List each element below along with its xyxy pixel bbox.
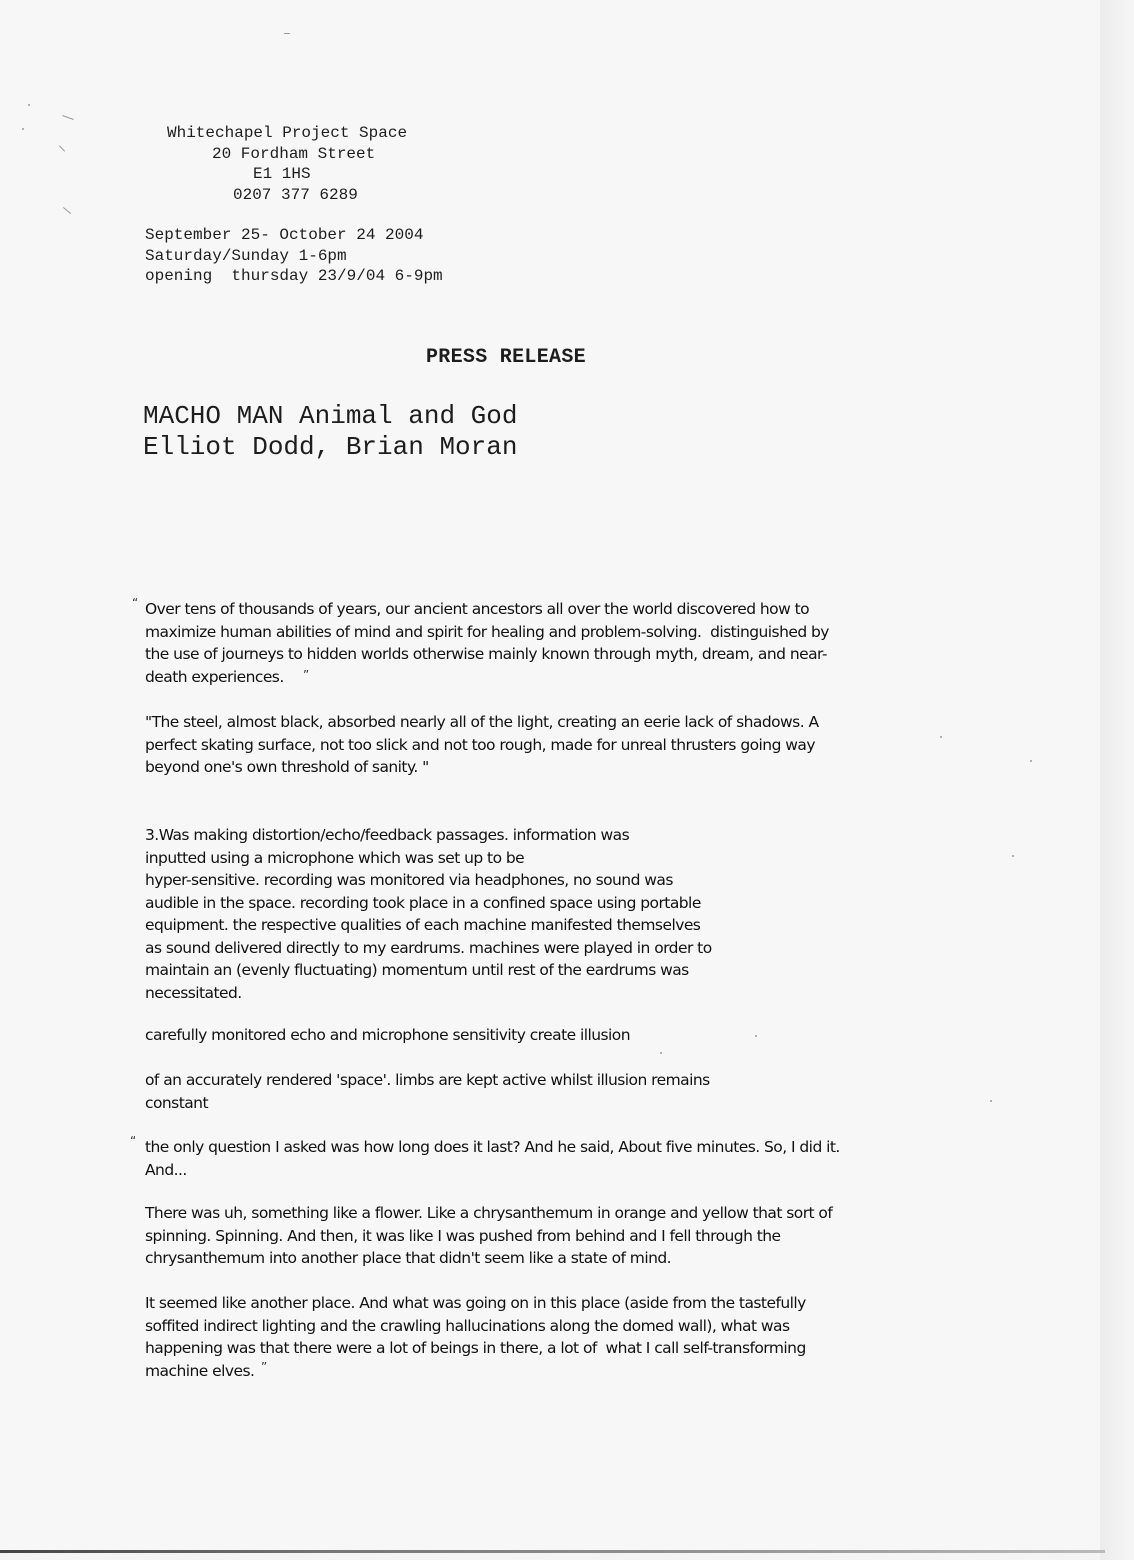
venue-name: Whitechapel Project Space	[145, 123, 407, 144]
text-line: 3.Was making distortion/echo/feedback pa…	[145, 824, 712, 847]
paragraph-question: the only question I asked was how long d…	[145, 1136, 840, 1181]
scan-speck	[59, 145, 65, 151]
scan-speck	[22, 128, 24, 130]
handwritten-close-quote-icon: ”	[261, 1360, 267, 1374]
text-line: audible in the space. recording took pla…	[145, 892, 712, 915]
exhibition-title-block: MACHO MAN Animal and God Elliot Dodd, Br…	[143, 401, 517, 463]
scan-speck	[62, 115, 74, 120]
scan-speck	[1030, 760, 1032, 762]
scan-speck	[28, 104, 30, 106]
paragraph-ancestors: Over tens of thousands of years, our anc…	[145, 598, 829, 688]
text-line: maximize human abilities of mind and spi…	[145, 621, 829, 644]
text-line: necessitated.	[145, 982, 712, 1005]
text-line: carefully monitored echo and microphone …	[145, 1024, 630, 1047]
date-range: September 25- October 24 2004	[145, 225, 443, 246]
venue-phone: 0207 377 6289	[145, 185, 407, 206]
scan-speck	[284, 33, 290, 34]
scan-speck	[660, 1052, 662, 1054]
paragraph-chrysanthemum: There was uh, something like a flower. L…	[145, 1202, 832, 1270]
paragraph-echo: carefully monitored echo and microphone …	[145, 1024, 630, 1047]
opening-night: opening thursday 23/9/04 6-9pm	[145, 266, 443, 287]
scan-speck	[990, 1100, 992, 1102]
venue-postcode: E1 1HS	[145, 164, 407, 185]
exhibition-title: MACHO MAN Animal and God	[143, 401, 517, 432]
paragraph-space-illusion: of an accurately rendered 'space'. limbs…	[145, 1069, 710, 1114]
scan-speck	[755, 1035, 757, 1037]
handwritten-open-quote-icon: “	[132, 596, 138, 610]
exhibition-dates: September 25- October 24 2004 Saturday/S…	[145, 225, 443, 287]
paragraph-steel-quote: "The steel, almost black, absorbed nearl…	[145, 711, 819, 779]
text-line: beyond one's own threshold of sanity. "	[145, 756, 819, 779]
handwritten-close-quote-icon: ”	[303, 668, 309, 682]
text-line: equipment. the respective qualities of e…	[145, 914, 712, 937]
text-line: hyper-sensitive. recording was monitored…	[145, 869, 712, 892]
opening-hours: Saturday/Sunday 1-6pm	[145, 246, 443, 267]
text-line: There was uh, something like a flower. L…	[145, 1202, 832, 1225]
text-line: soffited indirect lighting and the crawl…	[145, 1315, 806, 1338]
text-line: as sound delivered directly to my eardru…	[145, 937, 712, 960]
text-line: "The steel, almost black, absorbed nearl…	[145, 711, 819, 734]
scanned-page: Whitechapel Project Space 20 Fordham Str…	[0, 0, 1102, 1552]
text-line: maintain an (evenly fluctuating) momentu…	[145, 959, 712, 982]
scan-speck	[940, 736, 942, 738]
text-line: perfect skating surface, not too slick a…	[145, 734, 819, 757]
paragraph-distortion: 3.Was making distortion/echo/feedback pa…	[145, 824, 712, 1004]
artist-names: Elliot Dodd, Brian Moran	[143, 432, 517, 463]
text-line: the use of journeys to hidden worlds oth…	[145, 643, 829, 666]
text-line: Over tens of thousands of years, our anc…	[145, 598, 829, 621]
scan-speck	[1012, 855, 1014, 857]
text-line: And...	[145, 1159, 840, 1182]
press-release-heading: PRESS RELEASE	[426, 346, 586, 369]
text-line: happening was that there were a lot of b…	[145, 1337, 806, 1360]
venue-street: 20 Fordham Street	[145, 144, 407, 165]
venue-address: Whitechapel Project Space 20 Fordham Str…	[145, 123, 407, 205]
text-line: chrysanthemum into another place that di…	[145, 1247, 832, 1270]
handwritten-open-quote-icon: “	[130, 1134, 136, 1148]
text-line: the only question I asked was how long d…	[145, 1136, 840, 1159]
text-line: inputted using a microphone which was se…	[145, 847, 712, 870]
paragraph-machine-elves: It seemed like another place. And what w…	[145, 1292, 806, 1382]
scan-speck	[63, 207, 71, 214]
text-line: spinning. Spinning. And then, it was lik…	[145, 1225, 832, 1248]
text-line: machine elves.	[145, 1360, 806, 1383]
page-edge-shadow	[1100, 0, 1134, 1560]
page-bottom-edge	[0, 1550, 1105, 1553]
text-line: It seemed like another place. And what w…	[145, 1292, 806, 1315]
text-line: death experiences.	[145, 666, 829, 689]
text-line: of an accurately rendered 'space'. limbs…	[145, 1069, 710, 1092]
text-line: constant	[145, 1092, 710, 1115]
